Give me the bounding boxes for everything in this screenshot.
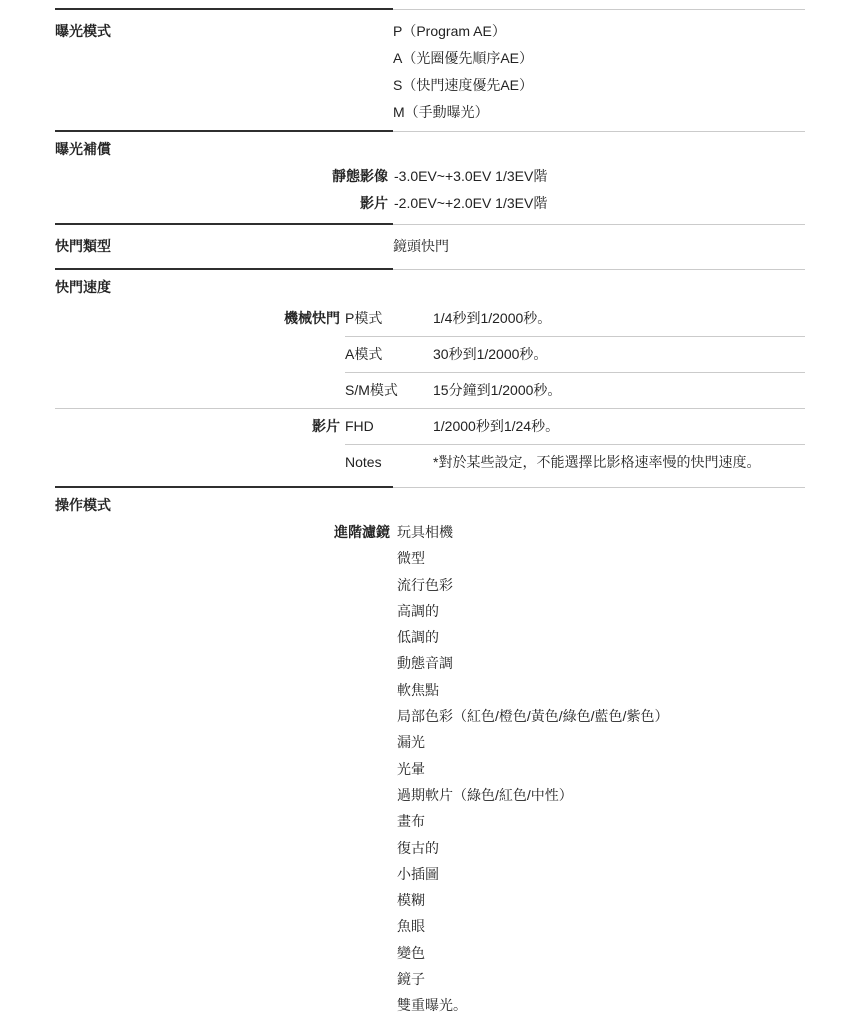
table-row: S/M模式 15分鐘到1/2000秒。	[345, 373, 805, 408]
divider-dark-segment	[55, 223, 393, 225]
section-label-shutter-speed: 快門速度	[55, 274, 805, 301]
value-line: M（手動曝光）	[393, 99, 805, 126]
table-row: A模式 30秒到1/2000秒。	[345, 337, 805, 372]
group-sublabel: 進階濾鏡	[55, 519, 390, 1015]
divider-light-segment	[393, 269, 805, 270]
value-line: A（光圈優先順序AE）	[393, 45, 805, 72]
row-mode-label: FHD	[345, 413, 433, 440]
section-divider	[55, 486, 805, 488]
divider-light-segment	[393, 487, 805, 488]
section-label-exposure-compensation: 曝光補償	[55, 136, 805, 163]
table-row: Notes *對於某些設定，不能選擇比影格速率慢的快門速度。	[345, 445, 805, 480]
row-value: 30秒到1/2000秒。	[433, 341, 805, 368]
list-item: 變色	[397, 940, 805, 966]
row-mode-label: P模式	[345, 305, 433, 332]
row-value: 1/4秒到1/2000秒。	[433, 305, 805, 332]
list-item: 復古的	[397, 835, 805, 861]
section-exposure-compensation: 曝光補償 靜態影像 -3.0EV~+3.0EV 1/3EV階 影片 -2.0EV…	[55, 132, 805, 223]
section-operation-mode: 操作模式 進階濾鏡 玩具相機 微型 流行色彩 高調的 低調的 動態音調 軟焦點 …	[55, 488, 805, 1015]
divider-light-segment	[393, 131, 805, 132]
shutter-group-mechanical: 機械快門 P模式 1/4秒到1/2000秒。 A模式 30秒到1/2000秒。 …	[55, 301, 805, 408]
section-shutter-speed: 快門速度 機械快門 P模式 1/4秒到1/2000秒。 A模式 30秒到1/20…	[55, 270, 805, 486]
exposure-mode-values: P（Program AE） A（光圈優先順序AE） S（快門速度優先AE） M（…	[393, 18, 805, 126]
list-item: 鏡子	[397, 966, 805, 992]
group-sublabel: 影片	[55, 409, 340, 480]
table-row: 靜態影像 -3.0EV~+3.0EV 1/3EV階	[55, 163, 805, 190]
divider-dark-segment	[55, 130, 393, 132]
divider-dark-segment	[55, 268, 393, 270]
list-item: 流行色彩	[397, 572, 805, 598]
divider-dark-segment	[55, 8, 393, 10]
table-row: FHD 1/2000秒到1/24秒。	[345, 409, 805, 444]
group-rows: FHD 1/2000秒到1/24秒。 Notes *對於某些設定，不能選擇比影格…	[345, 409, 805, 480]
row-value: 1/2000秒到1/24秒。	[433, 413, 805, 440]
section-label-shutter-type: 快門類型	[55, 233, 393, 260]
value-line: P（Program AE）	[393, 18, 805, 45]
row-mode-label: S/M模式	[345, 377, 433, 404]
divider-light-segment	[393, 224, 805, 225]
section-divider	[55, 223, 805, 225]
advanced-filter-group: 進階濾鏡 玩具相機 微型 流行色彩 高調的 低調的 動態音調 軟焦點 局部色彩（…	[55, 519, 805, 1015]
row-sublabel: 影片	[55, 190, 388, 217]
row-sublabel: 靜態影像	[55, 163, 388, 190]
list-item: 高調的	[397, 598, 805, 624]
row-mode-label: A模式	[345, 341, 433, 368]
list-item: 漏光	[397, 729, 805, 755]
list-item: 光暈	[397, 756, 805, 782]
divider-dark-segment	[55, 486, 393, 488]
spec-table: 曝光模式 P（Program AE） A（光圈優先順序AE） S（快門速度優先A…	[55, 0, 805, 1015]
shutter-group-movie: 影片 FHD 1/2000秒到1/24秒。 Notes *對於某些設定，不能選擇…	[55, 409, 805, 480]
list-item: 雙重曝光。	[397, 992, 805, 1015]
list-item: 動態音調	[397, 650, 805, 676]
section-divider	[55, 8, 805, 10]
filter-list: 玩具相機 微型 流行色彩 高調的 低調的 動態音調 軟焦點 局部色彩（紅色/橙色…	[397, 519, 805, 1015]
table-row: P模式 1/4秒到1/2000秒。	[345, 301, 805, 336]
list-item: 軟焦點	[397, 677, 805, 703]
group-sublabel: 機械快門	[55, 301, 340, 408]
section-exposure-mode: 曝光模式 P（Program AE） A（光圈優先順序AE） S（快門速度優先A…	[55, 10, 805, 130]
row-mode-label: Notes	[345, 449, 433, 476]
list-item: 微型	[397, 545, 805, 571]
list-item: 小插圖	[397, 861, 805, 887]
list-item: 局部色彩（紅色/橙色/黃色/綠色/藍色/紫色）	[397, 703, 805, 729]
list-item: 魚眼	[397, 913, 805, 939]
row-value: -3.0EV~+3.0EV 1/3EV階	[394, 163, 547, 190]
section-shutter-type: 快門類型 鏡頭快門	[55, 225, 805, 268]
divider-light-segment	[393, 9, 805, 10]
list-item: 過期軟片（綠色/紅色/中性）	[397, 782, 805, 808]
value-line: S（快門速度優先AE）	[393, 72, 805, 99]
section-label-operation-mode: 操作模式	[55, 492, 805, 519]
row-value: 15分鐘到1/2000秒。	[433, 377, 805, 404]
list-item: 畫布	[397, 808, 805, 834]
list-item: 低調的	[397, 624, 805, 650]
section-divider	[55, 130, 805, 132]
section-label-exposure-mode: 曝光模式	[55, 18, 393, 126]
section-divider	[55, 268, 805, 270]
list-item: 玩具相機	[397, 519, 805, 545]
group-rows: P模式 1/4秒到1/2000秒。 A模式 30秒到1/2000秒。 S/M模式…	[345, 301, 805, 408]
table-row: 影片 -2.0EV~+2.0EV 1/3EV階	[55, 190, 805, 217]
list-item: 模糊	[397, 887, 805, 913]
row-value: 鏡頭快門	[393, 233, 805, 260]
row-value: -2.0EV~+2.0EV 1/3EV階	[394, 190, 547, 217]
row-value: *對於某些設定，不能選擇比影格速率慢的快門速度。	[433, 449, 805, 476]
